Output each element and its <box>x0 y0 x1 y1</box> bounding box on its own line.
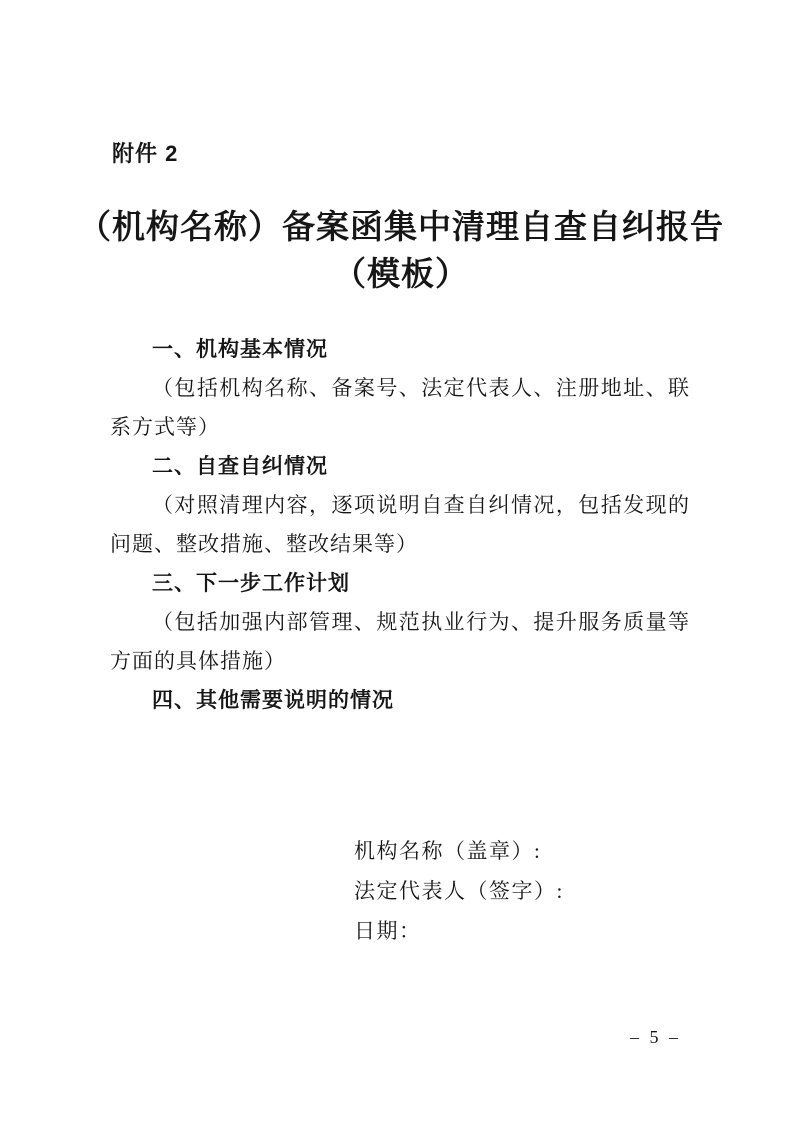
section-4-heading: 四、其他需要说明的情况 <box>110 681 690 720</box>
section-2-heading: 二、自查自纠情况 <box>110 447 690 486</box>
section-1-note: （包括机构名称、备案号、法定代表人、注册地址、联系方式等） <box>110 369 690 447</box>
page-number: – 5 – <box>630 1027 681 1048</box>
document-body: 一、机构基本情况 （包括机构名称、备案号、法定代表人、注册地址、联系方式等） 二… <box>110 330 690 720</box>
document-page: 附件 2 （机构名称）备案函集中清理自查自纠报告 （模板） 一、机构基本情况 （… <box>0 0 802 1134</box>
signature-block: 机构名称（盖章）: 法定代表人（签字）: 日期： <box>354 831 564 951</box>
document-title: （机构名称）备案函集中清理自查自纠报告 （模板） <box>0 205 802 299</box>
title-line-1: （机构名称）备案函集中清理自查自纠报告 <box>0 205 802 252</box>
attachment-label: 附件 2 <box>112 137 178 168</box>
section-3-note: （包括加强内部管理、规范执业行为、提升服务质量等方面的具体措施） <box>110 603 690 681</box>
section-2-note: （对照清理内容，逐项说明自查自纠情况，包括发现的问题、整改措施、整改结果等） <box>110 486 690 564</box>
signature-org-line: 机构名称（盖章）: <box>354 831 564 871</box>
title-line-2: （模板） <box>0 252 802 299</box>
section-3-heading: 三、下一步工作计划 <box>110 564 690 603</box>
signature-rep-line: 法定代表人（签字）: <box>354 871 564 911</box>
signature-date-line: 日期： <box>354 911 564 951</box>
section-1-heading: 一、机构基本情况 <box>110 330 690 369</box>
